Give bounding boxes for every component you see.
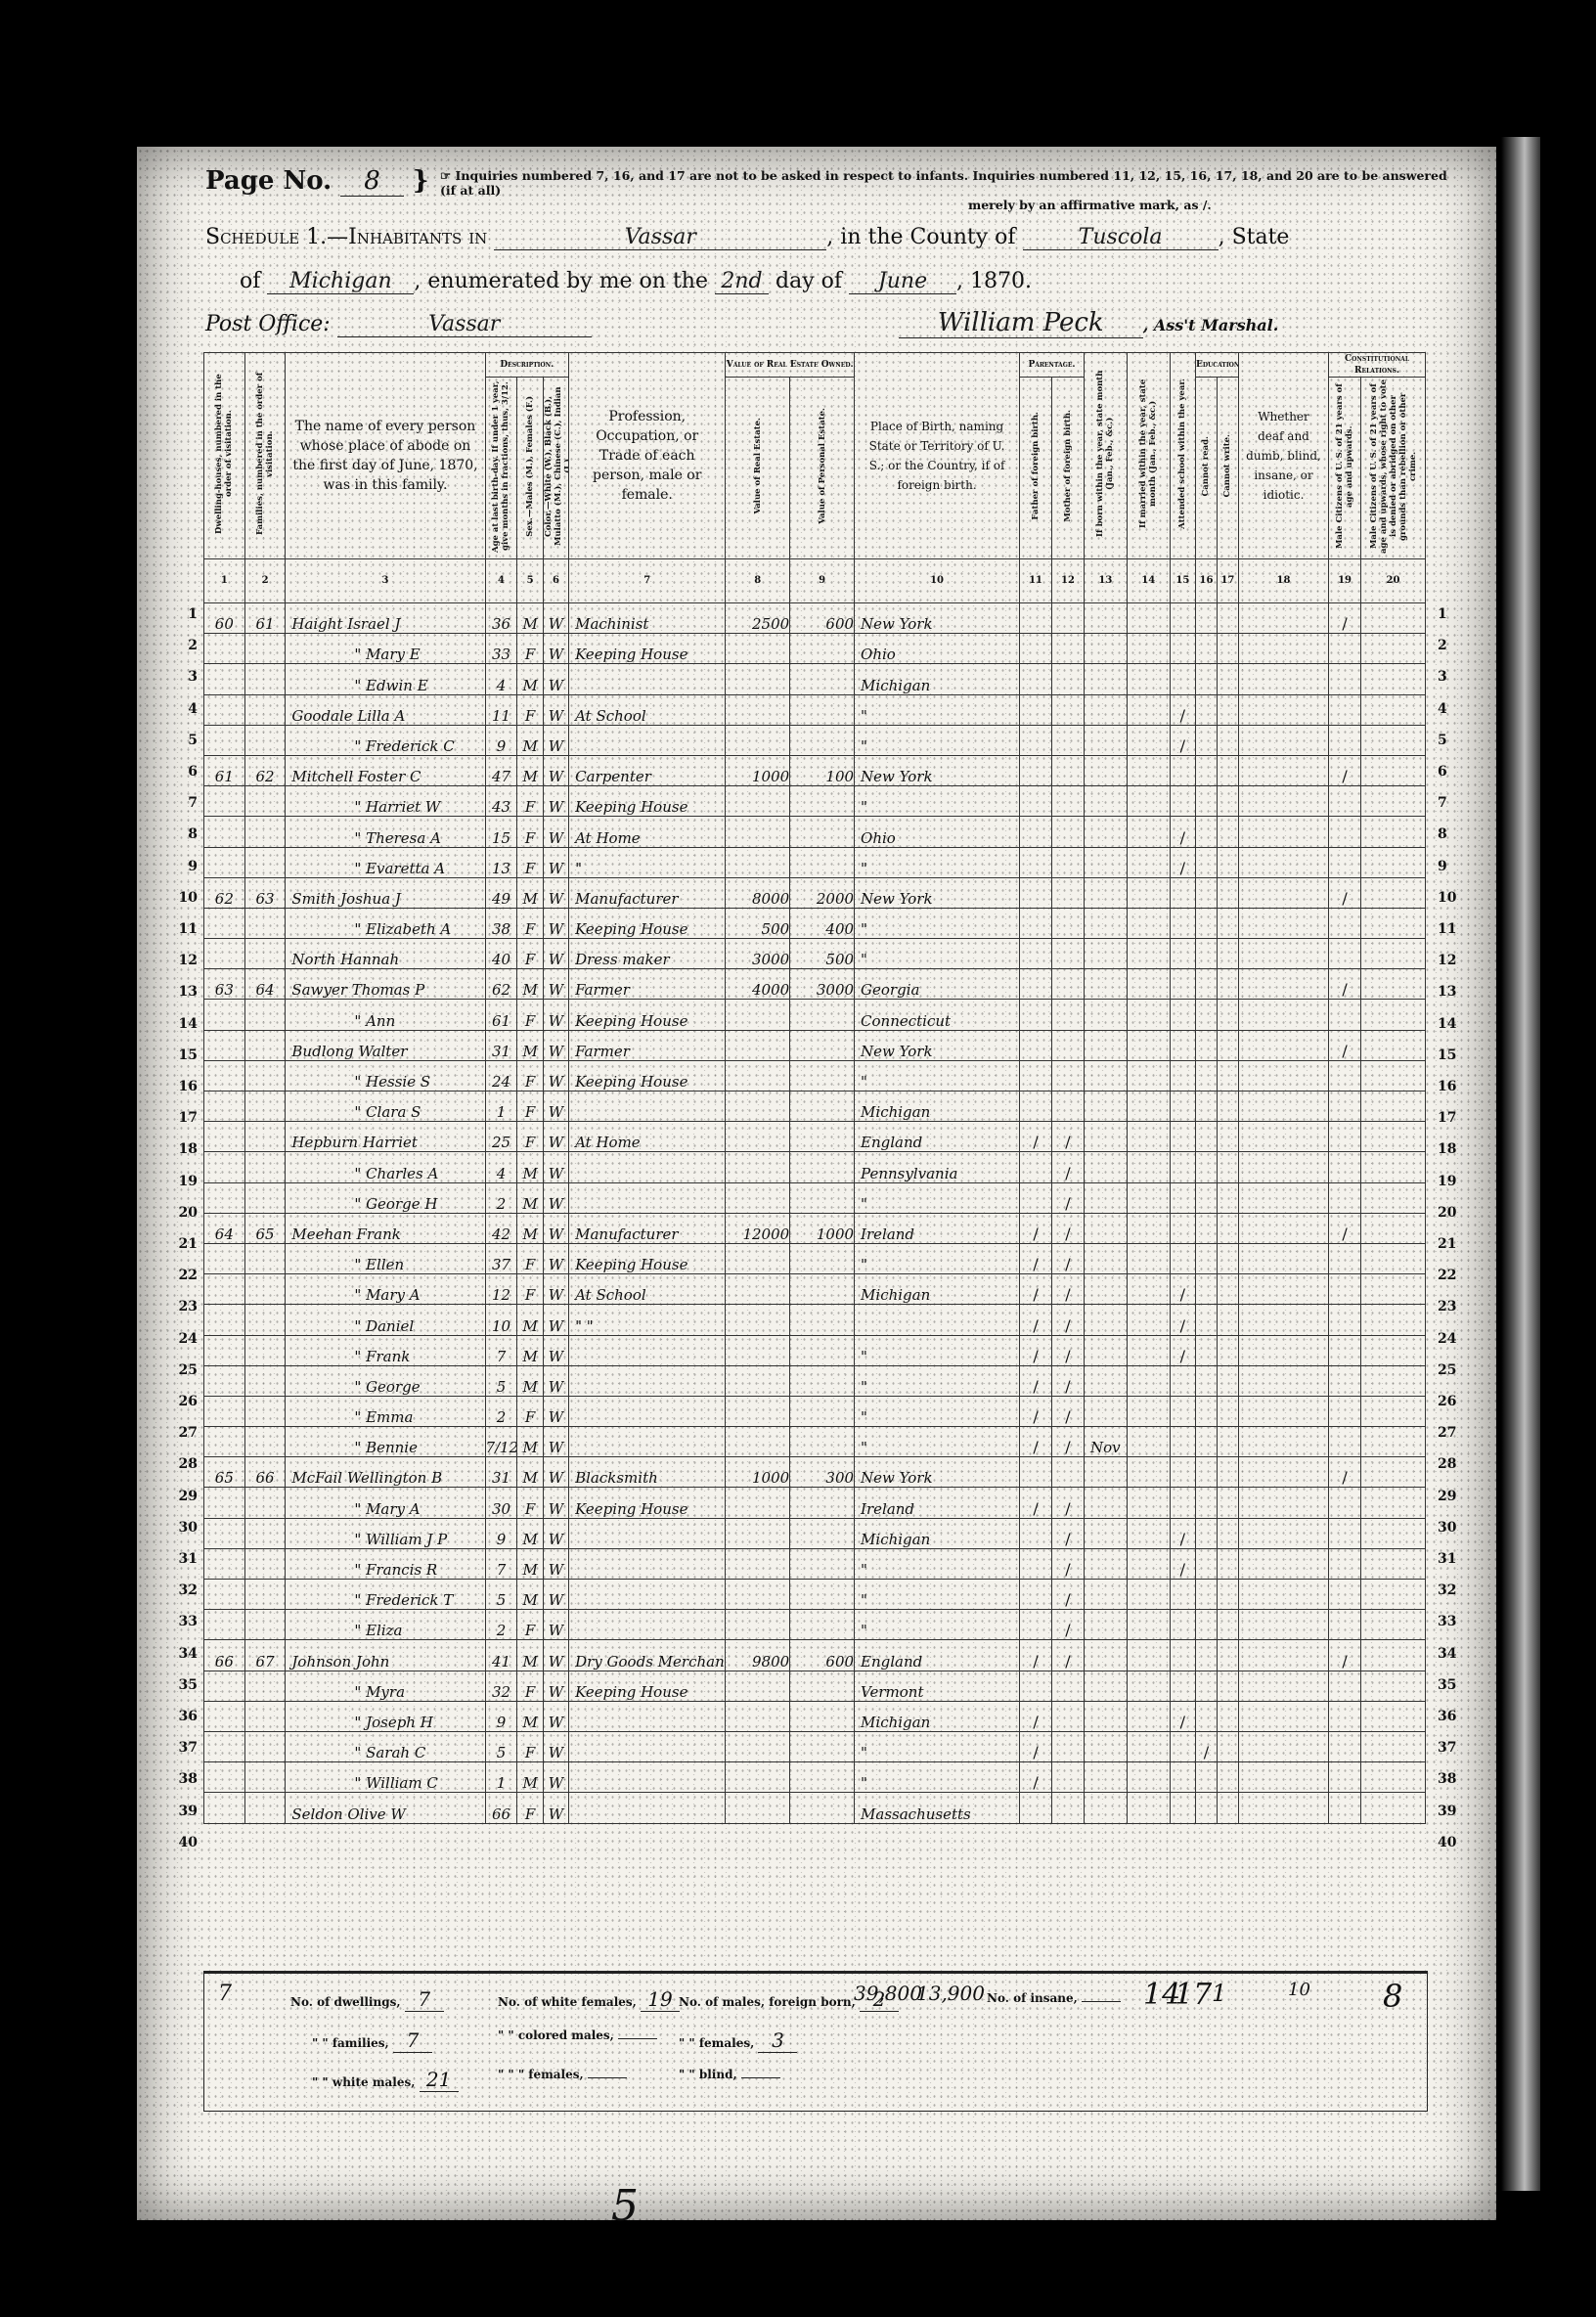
cannot-write-cell — [1217, 1701, 1238, 1731]
school-cell: / — [1170, 817, 1195, 847]
father-foreign-cell: / — [1020, 1640, 1052, 1671]
school-cell — [1170, 1152, 1195, 1182]
disability-cell — [1238, 1274, 1328, 1305]
color-cell: W — [543, 634, 568, 664]
row-number-right: 30 — [1438, 1520, 1461, 1536]
vote-denied-cell — [1361, 1335, 1426, 1365]
col-vote-denied-header: Male Citizens of U. S. of 21 years of ag… — [1361, 378, 1426, 559]
census-row: " Frederick C9MW"/ — [204, 725, 1426, 755]
age-cell: 42 — [485, 1213, 517, 1243]
age-cell: 1 — [485, 1092, 517, 1122]
real-estate-cell — [726, 1030, 790, 1060]
color-cell: W — [543, 1488, 568, 1518]
citizen-cell — [1329, 1610, 1361, 1640]
sex-cell: M — [517, 1427, 543, 1457]
name-cell: " Ellen — [286, 1243, 485, 1273]
occupation-cell — [569, 1092, 726, 1122]
name-cell: " Sarah C — [286, 1731, 485, 1761]
dwelling-cell: 66 — [204, 1640, 245, 1671]
disability-cell — [1238, 1610, 1328, 1640]
row-number-right: 18 — [1438, 1141, 1461, 1157]
age-cell: 10 — [485, 1305, 517, 1335]
school-cell — [1170, 1640, 1195, 1671]
real-estate-cell: 9800 — [726, 1640, 790, 1671]
occupation-cell: Keeping House — [569, 1671, 726, 1701]
col-name-header: The name of every person whose place of … — [286, 353, 485, 559]
married-month-cell — [1127, 1274, 1170, 1305]
color-cell: W — [543, 1548, 568, 1579]
census-row: " William C1MW"/ — [204, 1762, 1426, 1793]
personal-estate-cell — [790, 817, 855, 847]
birthplace-cell: Michigan — [855, 1274, 1020, 1305]
mother-foreign-cell: / — [1051, 1640, 1084, 1671]
citizen-cell — [1329, 1427, 1361, 1457]
sex-cell: M — [517, 1518, 543, 1548]
citizen-cell — [1329, 1243, 1361, 1273]
mother-foreign-cell — [1051, 939, 1084, 969]
birthplace-cell: Ohio — [855, 634, 1020, 664]
dwelling-cell — [204, 1701, 245, 1731]
personal-estate-cell — [790, 1060, 855, 1091]
personal-estate-cell — [790, 1182, 855, 1213]
census-row: 6162Mitchell Foster C47MWCarpenter100010… — [204, 755, 1426, 785]
age-cell: 43 — [485, 786, 517, 817]
row-number-left: 14 — [174, 1016, 198, 1032]
color-cell: W — [543, 1213, 568, 1243]
birthplace-cell: England — [855, 1640, 1020, 1671]
cannot-read-cell — [1196, 908, 1218, 938]
cannot-write-cell — [1217, 1548, 1238, 1579]
cannot-read-cell — [1196, 1427, 1218, 1457]
born-month-cell — [1084, 1518, 1127, 1548]
born-month-cell — [1084, 664, 1127, 694]
post-office-label: Post Office: — [205, 312, 331, 336]
name-cell: " Theresa A — [286, 817, 485, 847]
father-foreign-cell — [1020, 847, 1052, 877]
cannot-write-cell — [1217, 725, 1238, 755]
disability-cell — [1238, 755, 1328, 785]
row-number-right: 27 — [1438, 1425, 1461, 1441]
census-row: " Eliza2FW"/ — [204, 1610, 1426, 1640]
born-month-cell — [1084, 1701, 1127, 1731]
cannot-read-cell — [1196, 1701, 1218, 1731]
married-month-cell — [1127, 1701, 1170, 1731]
color-cell: W — [543, 786, 568, 817]
col-mother-foreign-header: Mother of foreign birth. — [1051, 378, 1084, 559]
cannot-write-cell — [1217, 1762, 1238, 1793]
age-cell: 4 — [485, 664, 517, 694]
mother-foreign-cell — [1051, 603, 1084, 634]
day-field: 2nd — [715, 269, 769, 294]
name-cell: " Bennie — [286, 1427, 485, 1457]
real-estate-cell — [726, 1610, 790, 1640]
citizen-cell — [1329, 1488, 1361, 1518]
dwelling-cell — [204, 1122, 245, 1152]
family-cell — [244, 847, 286, 877]
column-number: 16 — [1196, 559, 1218, 603]
cannot-read-cell — [1196, 603, 1218, 634]
occupation-cell: Blacksmith — [569, 1457, 726, 1488]
cannot-read-cell — [1196, 847, 1218, 877]
family-cell — [244, 817, 286, 847]
father-foreign-cell — [1020, 908, 1052, 938]
row-number-left: 19 — [174, 1174, 198, 1189]
mother-foreign-cell — [1051, 1092, 1084, 1122]
row-number-right: 28 — [1438, 1456, 1461, 1472]
row-number-right: 20 — [1438, 1205, 1461, 1221]
personal-estate-cell — [790, 1548, 855, 1579]
birthplace-cell: Michigan — [855, 1092, 1020, 1122]
col-school-header: Attended school within the year. — [1170, 353, 1195, 559]
row-number-right: 4 — [1438, 701, 1461, 717]
occupation-cell — [569, 1182, 726, 1213]
real-estate-cell: 3000 — [726, 939, 790, 969]
cannot-write-cell — [1217, 1213, 1238, 1243]
col-disability-header: Whether deaf and dumb, blind, insane, or… — [1238, 353, 1328, 559]
state-field: Michigan — [267, 269, 414, 294]
family-cell: 67 — [244, 1640, 286, 1671]
vote-denied-cell — [1361, 1518, 1426, 1548]
name-cell: Meehan Frank — [286, 1213, 485, 1243]
row-number-right: 23 — [1438, 1299, 1461, 1314]
name-cell: " Joseph H — [286, 1701, 485, 1731]
cannot-write-cell — [1217, 1580, 1238, 1610]
cannot-read-cell — [1196, 1060, 1218, 1091]
cannot-read-cell — [1196, 1580, 1218, 1610]
age-cell: 13 — [485, 847, 517, 877]
sex-cell: F — [517, 939, 543, 969]
married-month-cell — [1127, 1152, 1170, 1182]
citizen-cell: / — [1329, 1640, 1361, 1671]
citizen-cell — [1329, 1793, 1361, 1823]
family-cell: 62 — [244, 755, 286, 785]
personal-estate-cell — [790, 1274, 855, 1305]
real-estate-cell — [726, 1092, 790, 1122]
mother-foreign-cell — [1051, 1671, 1084, 1701]
disability-cell — [1238, 1000, 1328, 1030]
color-cell: W — [543, 1182, 568, 1213]
married-month-cell — [1127, 725, 1170, 755]
family-cell — [244, 908, 286, 938]
personal-estate-cell — [790, 1488, 855, 1518]
constitutional-group-header: Constitutional Relations. — [1329, 353, 1426, 378]
sex-cell: M — [517, 603, 543, 634]
married-month-cell — [1127, 1671, 1170, 1701]
column-number: 17 — [1217, 559, 1238, 603]
born-month-cell — [1084, 725, 1127, 755]
age-cell: 41 — [485, 1640, 517, 1671]
age-cell: 33 — [485, 634, 517, 664]
color-cell: W — [543, 1580, 568, 1610]
birthplace-cell: New York — [855, 877, 1020, 908]
census-row: " Ann61FWKeeping HouseConnecticut — [204, 1000, 1426, 1030]
personal-estate-cell — [790, 1793, 855, 1823]
dwelling-cell — [204, 786, 245, 817]
family-cell — [244, 1762, 286, 1793]
name-cell: " Mary E — [286, 634, 485, 664]
personal-estate-cell: 1000 — [790, 1213, 855, 1243]
schedule-line: Schedule 1.—Inhabitants in Vassar, in th… — [205, 225, 1477, 250]
family-cell — [244, 634, 286, 664]
dwelling-cell — [204, 634, 245, 664]
married-month-cell — [1127, 786, 1170, 817]
cannot-write-cell — [1217, 1427, 1238, 1457]
col-born-month-header: If born within the year, state month (Ja… — [1084, 353, 1127, 559]
father-foreign-cell: / — [1020, 1213, 1052, 1243]
mother-foreign-cell: / — [1051, 1548, 1084, 1579]
real-estate-cell: 8000 — [726, 877, 790, 908]
column-number: 8 — [726, 559, 790, 603]
real-estate-cell — [726, 1580, 790, 1610]
age-cell: 7/12 — [485, 1427, 517, 1457]
born-month-cell — [1084, 1396, 1127, 1426]
page-number: 8 — [340, 166, 404, 197]
census-row: " Daniel10MW" "/// — [204, 1305, 1426, 1335]
sex-cell: M — [517, 664, 543, 694]
dwelling-cell — [204, 1762, 245, 1793]
married-month-cell — [1127, 908, 1170, 938]
enumerated-label: , enumerated by me on the — [414, 269, 708, 293]
married-month-cell — [1127, 1548, 1170, 1579]
school-cell — [1170, 1182, 1195, 1213]
cannot-write-cell — [1217, 969, 1238, 1000]
col-citizen-header: Male Citizens of U. S. of 21 years of ag… — [1329, 378, 1361, 559]
cannot-read-cell — [1196, 817, 1218, 847]
mother-foreign-cell: / — [1051, 1488, 1084, 1518]
row-number-right: 3 — [1438, 669, 1461, 685]
cannot-write-cell — [1217, 694, 1238, 725]
father-foreign-cell — [1020, 1092, 1052, 1122]
disability-cell — [1238, 1335, 1328, 1365]
born-month-cell — [1084, 908, 1127, 938]
age-cell: 49 — [485, 877, 517, 908]
row-number-right: 36 — [1438, 1709, 1461, 1724]
birthplace-cell: Michigan — [855, 664, 1020, 694]
census-row: " Evaretta A13FW""/ — [204, 847, 1426, 877]
cannot-read-cell — [1196, 1457, 1218, 1488]
col13-total: 1 — [1212, 1980, 1226, 2007]
school-cell: / — [1170, 1274, 1195, 1305]
cannot-read-cell — [1196, 1518, 1218, 1548]
family-cell — [244, 1548, 286, 1579]
county-field: Tuscola — [1023, 225, 1219, 250]
personal-estate-cell: 100 — [790, 755, 855, 785]
vote-denied-cell — [1361, 1640, 1426, 1671]
personal-estate-cell — [790, 634, 855, 664]
school-cell — [1170, 786, 1195, 817]
cannot-write-cell — [1217, 1060, 1238, 1091]
disability-cell — [1238, 1640, 1328, 1671]
dwelling-cell: 61 — [204, 755, 245, 785]
col-real-estate-header: Value of Real Estate. — [726, 378, 790, 559]
school-cell — [1170, 1731, 1195, 1761]
sex-cell: M — [517, 1457, 543, 1488]
family-cell — [244, 1182, 286, 1213]
father-foreign-cell — [1020, 1030, 1052, 1060]
age-cell: 36 — [485, 603, 517, 634]
school-cell — [1170, 1396, 1195, 1426]
census-row: Seldon Olive W66FWMassachusetts — [204, 1793, 1426, 1823]
birthplace-cell: " — [855, 908, 1020, 938]
citizen-cell — [1329, 1305, 1361, 1335]
dwelling-cell — [204, 1731, 245, 1761]
column-number: 19 — [1329, 559, 1361, 603]
dwelling-cell — [204, 1671, 245, 1701]
married-month-cell — [1127, 847, 1170, 877]
insane-label: No. of insane, — [987, 1991, 1078, 2005]
father-foreign-cell: / — [1020, 1762, 1052, 1793]
disability-cell — [1238, 1671, 1328, 1701]
cannot-write-cell — [1217, 1152, 1238, 1182]
dwelling-cell — [204, 694, 245, 725]
month-field: June — [849, 269, 956, 294]
cannot-write-cell — [1217, 1182, 1238, 1213]
name-cell: " Charles A — [286, 1152, 485, 1182]
row-number-right: 15 — [1438, 1047, 1461, 1063]
birthplace-cell: " — [855, 694, 1020, 725]
row-number-left: 7 — [174, 795, 198, 811]
name-cell: " William J P — [286, 1518, 485, 1548]
census-row: " Elizabeth A38FWKeeping House500400" — [204, 908, 1426, 938]
real-estate-cell — [726, 1427, 790, 1457]
citizen-cell — [1329, 1518, 1361, 1548]
school-cell — [1170, 603, 1195, 634]
color-cell: W — [543, 1243, 568, 1273]
sex-cell: M — [517, 1365, 543, 1396]
born-month-cell — [1084, 1243, 1127, 1273]
age-cell: 9 — [485, 1518, 517, 1548]
personal-estate-cell — [790, 847, 855, 877]
real-estate-cell — [726, 1365, 790, 1396]
sex-cell: F — [517, 1731, 543, 1761]
birthplace-cell: England — [855, 1122, 1020, 1152]
citizen-cell — [1329, 1365, 1361, 1396]
census-row: " George H2MW"/ — [204, 1182, 1426, 1213]
row-number-left: 9 — [174, 859, 198, 874]
row-number-right: 31 — [1438, 1551, 1461, 1567]
cannot-write-cell — [1217, 1305, 1238, 1335]
real-estate-cell — [726, 1793, 790, 1823]
personal-estate-cell — [790, 664, 855, 694]
township-field: Vassar — [494, 225, 826, 250]
occupation-cell: Machinist — [569, 603, 726, 634]
inquiry-note-line1: ☞ Inquiries numbered 7, 16, and 17 are n… — [440, 168, 1447, 198]
scan-edge — [1501, 137, 1540, 2191]
real-estate-cell: 4000 — [726, 969, 790, 1000]
name-cell: " Frederick T — [286, 1580, 485, 1610]
occupation-cell: " — [569, 847, 726, 877]
age-cell: 9 — [485, 1701, 517, 1731]
name-cell: Seldon Olive W — [286, 1793, 485, 1823]
occupation-cell: At School — [569, 1274, 726, 1305]
vote-denied-cell — [1361, 1243, 1426, 1273]
column-number: 18 — [1238, 559, 1328, 603]
sex-cell: F — [517, 1122, 543, 1152]
occupation-cell: At School — [569, 694, 726, 725]
citizen-cell — [1329, 1671, 1361, 1701]
vote-denied-cell — [1361, 1427, 1426, 1457]
born-month-cell — [1084, 1580, 1127, 1610]
born-month-cell — [1084, 755, 1127, 785]
dwelling-cell — [204, 1427, 245, 1457]
row-number-left: 15 — [174, 1047, 198, 1063]
sex-cell: F — [517, 847, 543, 877]
col-married-month-header: If married within the year, state month … — [1127, 353, 1170, 559]
dwelling-cell — [204, 1518, 245, 1548]
real-estate-cell — [726, 634, 790, 664]
disability-cell — [1238, 1396, 1328, 1426]
cannot-write-cell — [1217, 1457, 1238, 1488]
name-cell: " Frederick C — [286, 725, 485, 755]
census-row: " Emma2FW"// — [204, 1396, 1426, 1426]
citizen-cell — [1329, 1762, 1361, 1793]
real-estate-cell: 1000 — [726, 1457, 790, 1488]
birthplace-cell — [855, 1305, 1020, 1335]
mother-foreign-cell — [1051, 694, 1084, 725]
citizen-cell — [1329, 1000, 1361, 1030]
row-number-left: 12 — [174, 953, 198, 968]
dwelling-cell — [204, 1396, 245, 1426]
married-month-cell — [1127, 1243, 1170, 1273]
cannot-read-cell — [1196, 877, 1218, 908]
school-cell — [1170, 969, 1195, 1000]
disability-cell — [1238, 877, 1328, 908]
color-cell: W — [543, 725, 568, 755]
born-month-cell — [1084, 1305, 1127, 1335]
dwelling-cell: 63 — [204, 969, 245, 1000]
personal-estate-cell — [790, 1122, 855, 1152]
birthplace-cell: " — [855, 1548, 1020, 1579]
family-cell — [244, 1701, 286, 1731]
married-month-cell — [1127, 1305, 1170, 1335]
citizen-cell — [1329, 694, 1361, 725]
citizen-cell — [1329, 1580, 1361, 1610]
occupation-cell: Dry Goods Merchant — [569, 1640, 726, 1671]
mother-foreign-cell: / — [1051, 1152, 1084, 1182]
citizen-cell — [1329, 908, 1361, 938]
disability-cell — [1238, 1030, 1328, 1060]
occupation-cell: At Home — [569, 817, 726, 847]
sex-cell: F — [517, 1396, 543, 1426]
father-foreign-cell: / — [1020, 1305, 1052, 1335]
father-foreign-cell: / — [1020, 1335, 1052, 1365]
census-page: Page No. 8 } ☞ Inquiries numbered 7, 16,… — [137, 147, 1496, 2220]
dwelling-cell — [204, 1610, 245, 1640]
citizen-cell — [1329, 634, 1361, 664]
color-cell: W — [543, 1152, 568, 1182]
color-cell: W — [543, 1335, 568, 1365]
born-month-cell — [1084, 1122, 1127, 1152]
column-number: 9 — [790, 559, 855, 603]
citizen-cell: / — [1329, 1457, 1361, 1488]
birthplace-cell: New York — [855, 1457, 1020, 1488]
cannot-write-cell — [1217, 1671, 1238, 1701]
page-totals: 7 No. of dwellings, 7 " " families, 7 " … — [203, 1971, 1428, 2112]
real-estate-cell — [726, 817, 790, 847]
row-number-left: 18 — [174, 1141, 198, 1157]
col19-total: 8 — [1383, 1978, 1402, 2015]
dwelling-cell — [204, 1182, 245, 1213]
mother-foreign-cell — [1051, 877, 1084, 908]
col15-total: 10 — [1288, 1980, 1310, 2000]
mother-foreign-cell — [1051, 1701, 1084, 1731]
disability-cell — [1238, 1518, 1328, 1548]
row-number-left: 6 — [174, 764, 198, 780]
cannot-read-cell — [1196, 1122, 1218, 1152]
bottom-handwritten-mark: 5 — [611, 2181, 639, 2231]
vote-denied-cell — [1361, 969, 1426, 1000]
father-foreign-cell: / — [1020, 1731, 1052, 1761]
